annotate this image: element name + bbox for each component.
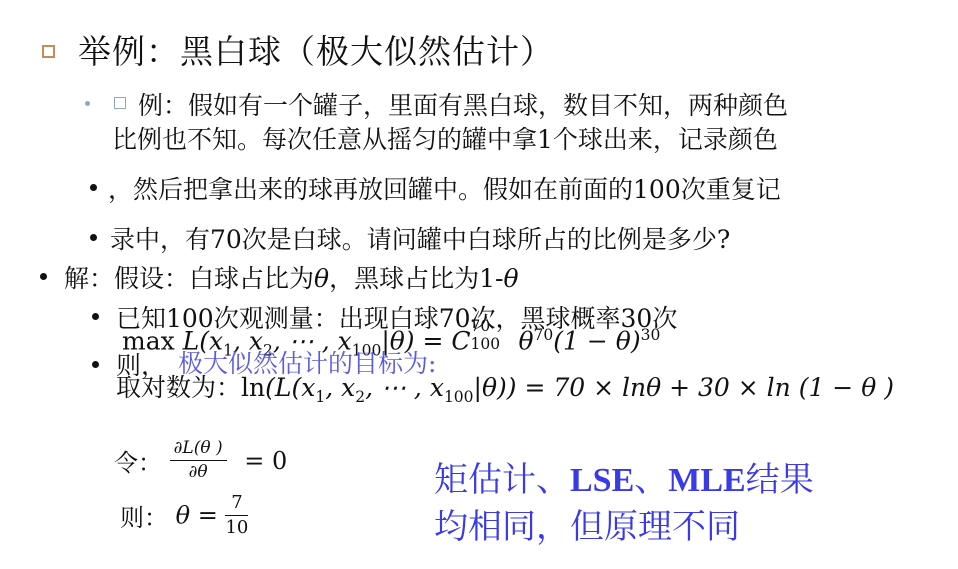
bullet-dot-icon [92, 313, 99, 320]
log-likelihood-equation: 取对数为：ln(L(x1, x2, ⋯ , x100|θ)) = 70 × ln… [116, 368, 894, 406]
bullet-dot-icon [40, 273, 47, 280]
solution-assumption: 解：假设：白球占比为θ，黑球占比为1-θ [64, 259, 519, 295]
problem-line-2: 比例也不知。每次任意从摇匀的罐中拿1个球出来，记录颜色 [112, 120, 778, 156]
bullet-dot-icon [90, 184, 97, 191]
conclusion-line-1: 矩估计、LSE、MLE结果 [434, 452, 814, 501]
derivative-condition: 令： ∂L(θ ) ∂θ = 0 [114, 440, 287, 481]
bullet-dot-icon [92, 361, 99, 368]
derivative-fraction: ∂L(θ ) ∂θ [170, 440, 227, 481]
bullet-dot-icon [90, 234, 97, 241]
bullet-dot-icon [85, 101, 90, 106]
conclusion-line-2: 均相同，但原理不同 [434, 499, 740, 548]
slide-title: 举例：黑白球（极大似然估计） [78, 26, 554, 73]
problem-line-1: 例：假如有一个罐子，里面有黑白球，数目不知，两种颜色 [138, 86, 788, 122]
problem-line-3: ，然后把拿出来的球再放回罐中。假如在前面的100次重复记 [108, 170, 781, 206]
theta-result: 则： θ = 7 10 [120, 494, 248, 537]
result-fraction: 7 10 [225, 494, 248, 537]
problem-line-4: 录中，有70次是白球。请问罐中白球所占的比例是多少? [110, 220, 730, 256]
square-bullet-icon [114, 97, 126, 109]
square-bullet-icon [42, 45, 55, 58]
